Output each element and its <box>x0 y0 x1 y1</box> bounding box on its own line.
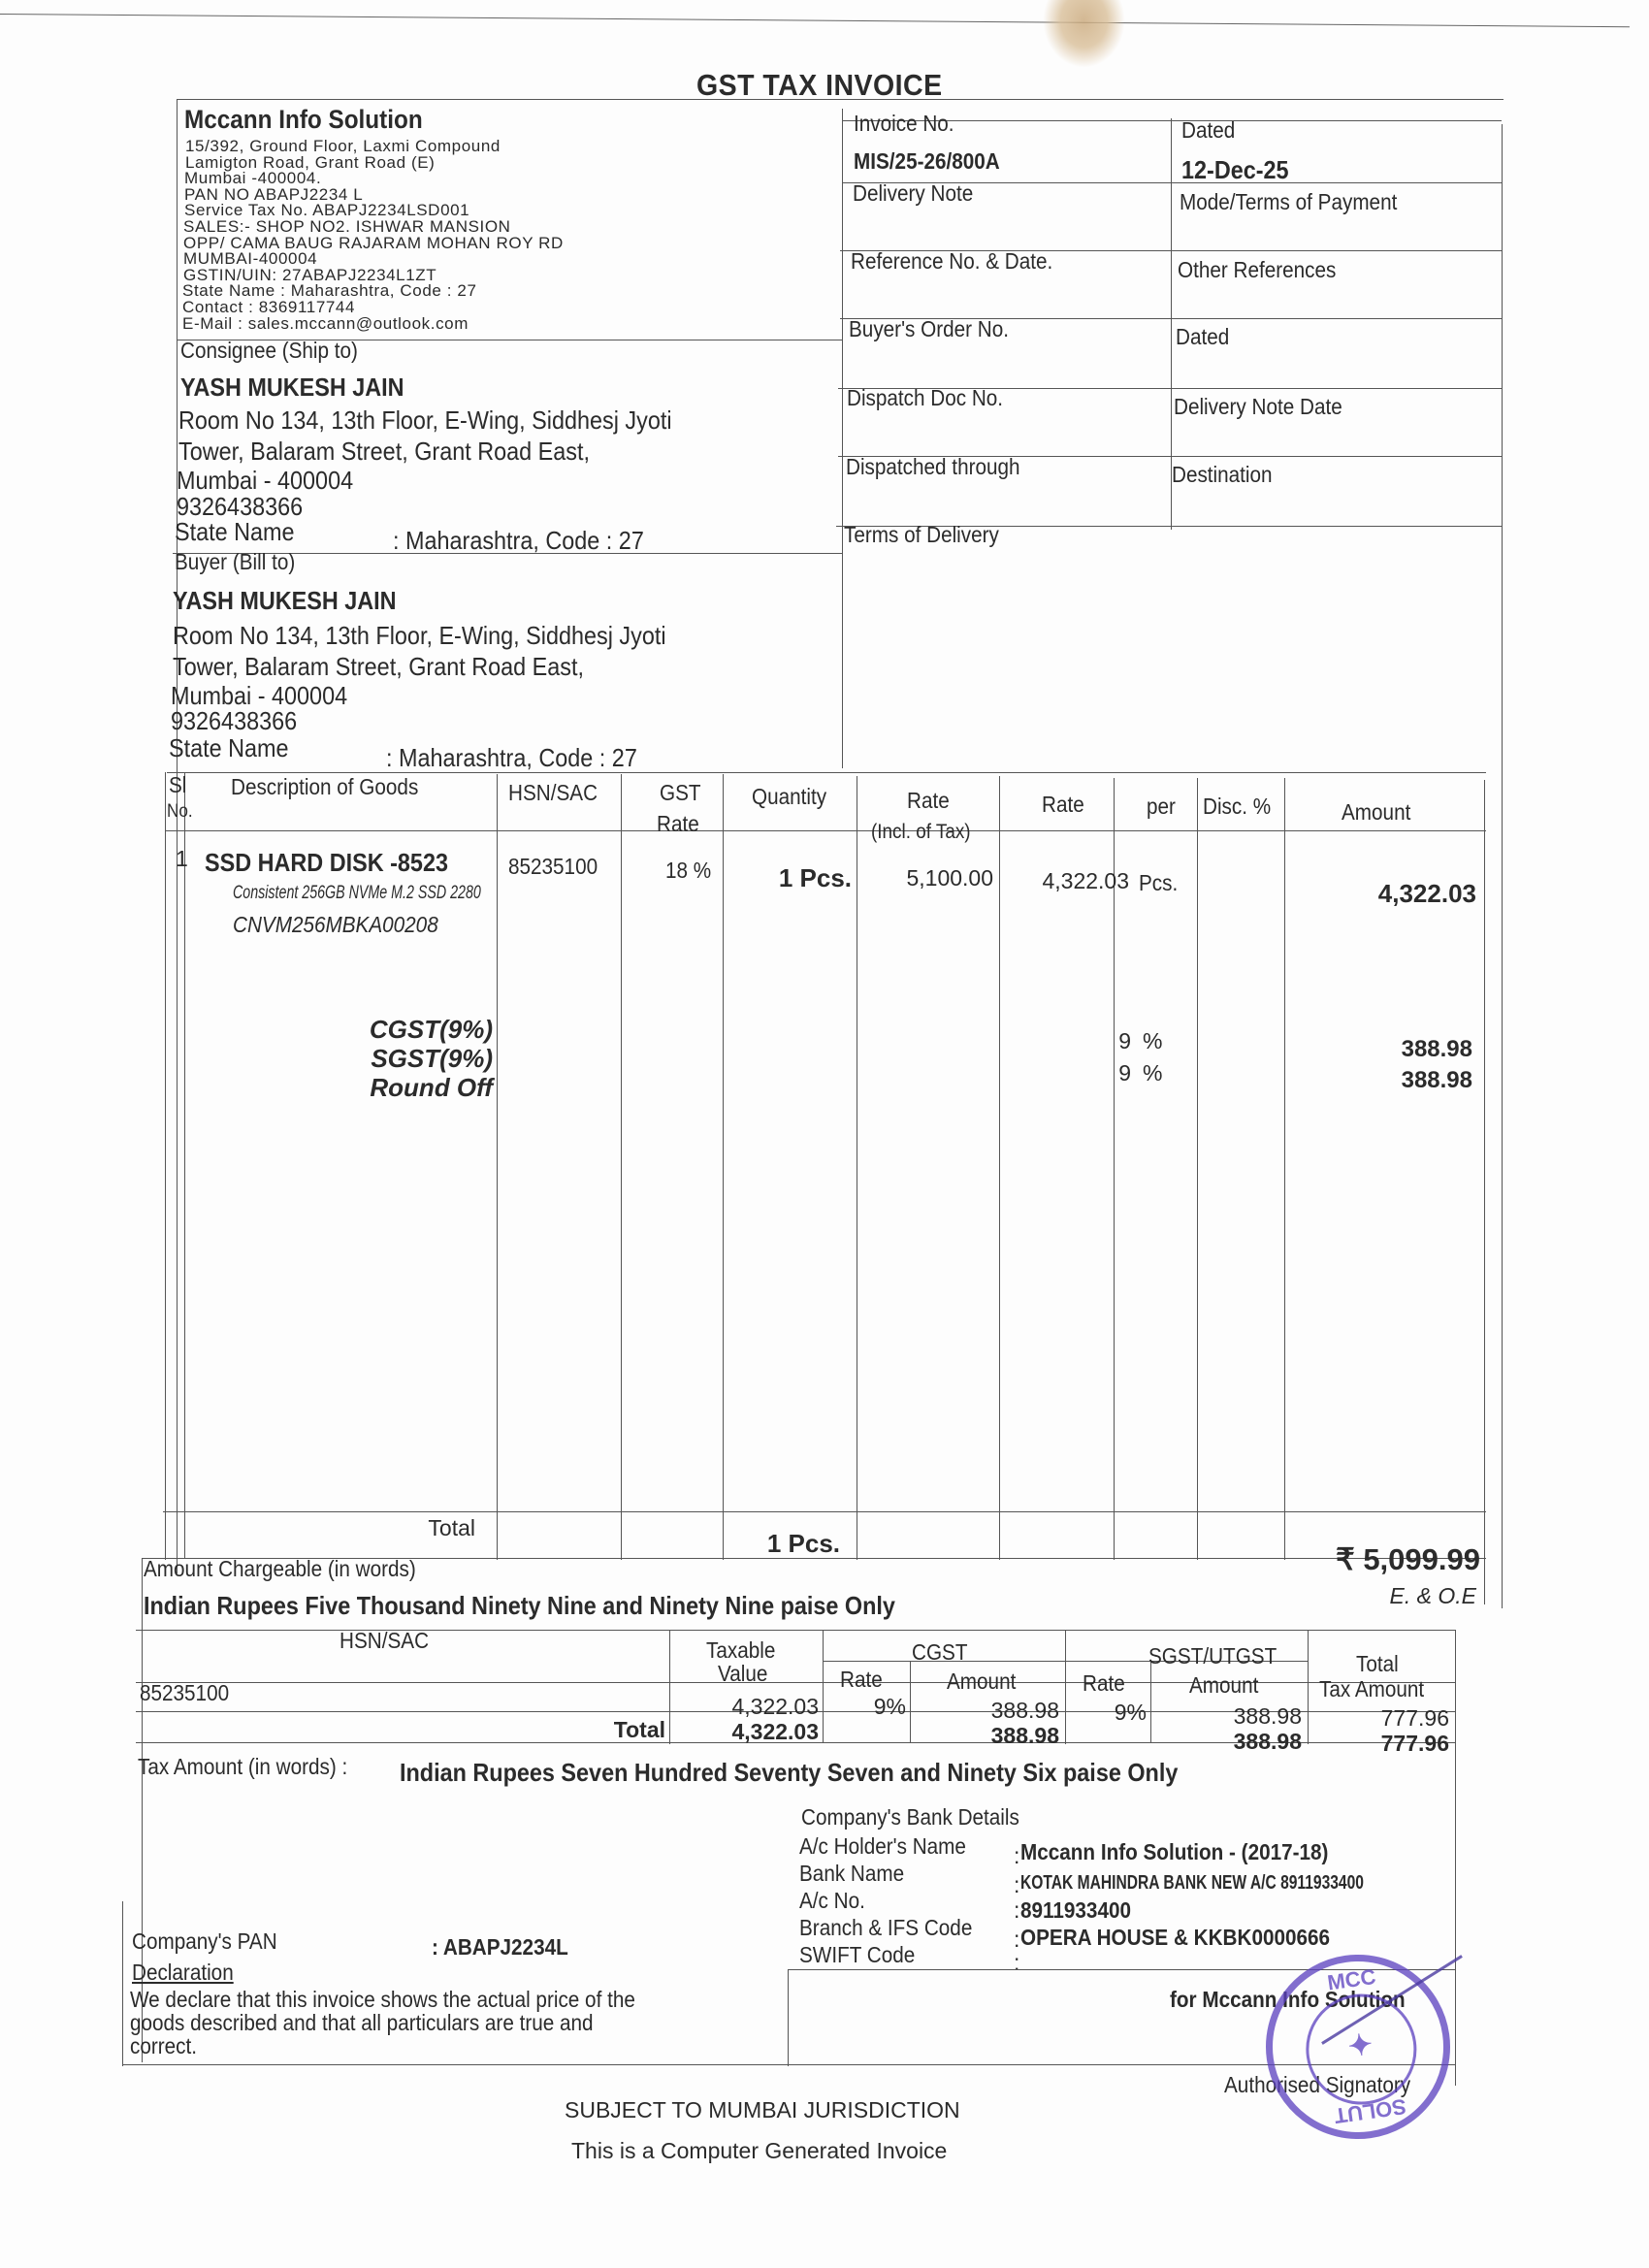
other-references-label: Other References <box>1178 257 1336 283</box>
tax-words-label: Tax Amount (in words) : <box>138 1754 347 1780</box>
tax-line-sgst-rate: 9 <box>1086 1060 1131 1086</box>
col-line <box>857 776 857 1560</box>
frame-left <box>177 99 178 1573</box>
seller-line: E-Mail : sales.mccann@outlook.com <box>182 316 469 333</box>
col-line <box>1284 778 1285 1560</box>
hsn-col <box>910 1661 911 1742</box>
item-quantity: 1 Pcs. <box>743 863 852 893</box>
tax-line-sgst-per: % <box>1143 1060 1162 1086</box>
stamp-star-icon: ✦ <box>1346 2027 1375 2064</box>
seller-name: Mccann Info Solution <box>184 105 423 135</box>
col-line <box>1484 780 1485 1604</box>
scan-edge-line <box>0 14 1630 27</box>
items-total-label: Total <box>291 1515 475 1541</box>
frame-left-bottom <box>122 1901 123 2066</box>
hsn-col-sgst-rate: Rate <box>1083 1670 1125 1697</box>
frame-bottom <box>122 2064 1455 2065</box>
hsn-col <box>669 1630 670 1744</box>
destination-label: Destination <box>1172 462 1273 488</box>
hsn-col <box>1308 1630 1309 1744</box>
frame-mid <box>842 109 843 768</box>
colon: : <box>1014 1927 1019 1953</box>
hsn-col-total-tax-2: Tax Amount <box>1319 1676 1424 1702</box>
amount-words: Indian Rupees Five Thousand Ninety Nine … <box>144 1591 895 1621</box>
hsn-total-sgst: 388.98 <box>1152 1729 1302 1755</box>
col-line <box>1197 778 1198 1560</box>
items-body-bottom <box>163 1511 1486 1512</box>
stamp-text: MCC <box>1326 1964 1377 1996</box>
frame-top <box>177 99 1503 100</box>
hsn-col <box>1150 1661 1151 1742</box>
hsn-col-sgst-amount: Amount <box>1189 1672 1258 1699</box>
bank-value-name: KOTAK MAHINDRA BANK NEW A/C 8911933400 <box>1020 1872 1364 1895</box>
bank-value-holder: Mccann Info Solution - (2017-18) <box>1020 1839 1328 1865</box>
hsn-col-cgst: CGST <box>912 1639 968 1666</box>
col-line <box>184 772 185 1558</box>
hsn-row-sgst-amount: 388.98 <box>1152 1703 1302 1730</box>
col-rate-incl: Rate <box>907 788 950 814</box>
col-hsn: HSN/SAC <box>508 780 598 806</box>
buyer-name: YASH MUKESH JAIN <box>173 586 397 616</box>
col-line <box>621 774 622 1560</box>
item-rate-incl: 5,100.00 <box>859 865 993 891</box>
hsn-col <box>823 1630 824 1742</box>
paper-stain <box>1043 0 1125 68</box>
col-line <box>1114 778 1115 1560</box>
col-line <box>497 774 498 1560</box>
item-amount: 4,322.03 <box>1290 879 1476 909</box>
tax-line-sgst-amount: 388.98 <box>1290 1067 1472 1094</box>
tax-words: Indian Rupees Seven Hundred Seventy Seve… <box>400 1758 1178 1788</box>
hsn-total-taxable: 4,322.03 <box>675 1719 819 1745</box>
tax-line-cgst-per: % <box>1143 1028 1162 1054</box>
col-line <box>723 774 724 1560</box>
tax-line-cgst-amount: 388.98 <box>1290 1036 1472 1063</box>
hsn-table-top <box>136 1630 1455 1631</box>
col-per: per <box>1147 794 1176 820</box>
tax-line-cgst-label: CGST(9%) <box>291 1015 493 1045</box>
col-gst: GST <box>660 780 701 806</box>
bank-value-account: 8911933400 <box>1020 1897 1131 1924</box>
hsn-row-cgst-amount: 388.98 <box>912 1698 1059 1724</box>
amount-words-label: Amount Chargeable (in words) <box>144 1556 416 1582</box>
declaration-line-3: correct. <box>130 2033 197 2059</box>
bank-label-name: Bank Name <box>799 1861 904 1887</box>
pan-value: : ABAPJ2234L <box>432 1934 568 1960</box>
item-hsn: 85235100 <box>508 854 598 880</box>
delivery-note-date-label: Delivery Note Date <box>1174 394 1342 420</box>
declaration-heading: Declaration <box>132 1960 234 1986</box>
pan-label: Company's PAN <box>132 1928 277 1955</box>
dispatch-doc-label: Dispatch Doc No. <box>847 385 1003 411</box>
delivery-note-label: Delivery Note <box>853 180 973 207</box>
consignee-state-label: State Name <box>175 517 295 547</box>
hsn-col-taxable: Taxable <box>706 1637 775 1664</box>
bank-label-branch: Branch & IFS Code <box>799 1915 972 1941</box>
col-rate-incl-2: (Incl. of Tax) <box>871 821 971 844</box>
colon: : <box>1014 1897 1019 1924</box>
item-rate: 4,322.03 <box>1001 868 1129 894</box>
reference-label: Reference No. & Date. <box>851 248 1052 275</box>
buyer-address-2: Tower, Balaram Street, Grant Road East, <box>173 652 584 682</box>
col-amount: Amount <box>1342 799 1410 826</box>
col-rate: Rate <box>1042 792 1084 818</box>
colon: : <box>1014 1872 1019 1898</box>
col-quantity: Quantity <box>752 784 826 810</box>
consignee-address-2: Tower, Balaram Street, Grant Road East, <box>178 437 590 467</box>
terms-of-delivery-label: Terms of Delivery <box>844 522 999 548</box>
consignee-state-value: : Maharashtra, Code : 27 <box>393 526 644 556</box>
buyer-order-dated-label: Dated <box>1176 324 1229 350</box>
hsn-total-label: Total <box>543 1717 665 1743</box>
computer-generated-note: This is a Computer Generated Invoice <box>571 2138 947 2164</box>
items-table-top <box>167 772 1486 773</box>
hsn-total-tax: 777.96 <box>1309 1731 1449 1757</box>
col-sl-2: No. <box>167 801 193 823</box>
hsn-col-cgst-amount: Amount <box>947 1669 1016 1695</box>
hsn-row-taxable: 4,322.03 <box>675 1694 819 1720</box>
consignee-name: YASH MUKESH JAIN <box>180 373 404 403</box>
col-line <box>999 776 1000 1560</box>
declaration-line-2: goods described and that all particulars… <box>130 2010 594 2036</box>
col-description: Description of Goods <box>231 774 418 800</box>
tax-line-roundoff-label: Round Off <box>291 1073 493 1103</box>
payment-terms-label: Mode/Terms of Payment <box>1180 189 1397 215</box>
signature-box-left <box>788 1969 789 2066</box>
col-line <box>165 772 166 1560</box>
eoe-label: E. & O.E <box>1358 1583 1476 1609</box>
bank-label-swift: SWIFT Code <box>799 1942 915 1968</box>
bank-label-account: A/c No. <box>799 1888 865 1914</box>
hsn-row-code: 85235100 <box>140 1680 229 1706</box>
hsn-col-total-tax: Total <box>1356 1651 1399 1677</box>
buyer-phone: 9326438366 <box>171 706 297 736</box>
item-per: Pcs. <box>1139 870 1178 896</box>
hsn-row-total-tax: 777.96 <box>1309 1705 1449 1732</box>
dated-label: Dated <box>1181 117 1235 144</box>
invoice-no-label: Invoice No. <box>854 111 954 137</box>
frame-right <box>1502 124 1503 1608</box>
bank-label-holder: A/c Holder's Name <box>799 1833 966 1860</box>
invoice-no: MIS/25-26/800A <box>854 148 1000 175</box>
items-total-quantity: 1 Pcs. <box>726 1529 840 1559</box>
hsn-total-cgst: 388.98 <box>912 1723 1059 1749</box>
item-serial: CNVM256MBKA00208 <box>233 912 438 938</box>
item-sl: 1 <box>176 846 188 872</box>
item-gst-rate: 18 % <box>665 858 711 884</box>
declaration-line-1: We declare that this invoice shows the a… <box>130 1987 635 2013</box>
frame-right-lower <box>1455 1630 1456 2086</box>
bank-heading: Company's Bank Details <box>801 1804 1019 1831</box>
tax-line-cgst-rate: 9 <box>1086 1028 1131 1054</box>
item-name: SSD HARD DISK -8523 <box>205 848 448 878</box>
colon: : <box>1014 1843 1019 1869</box>
jurisdiction-note: SUBJECT TO MUMBAI JURISDICTION <box>565 2097 960 2123</box>
hsn-col <box>1065 1630 1066 1744</box>
buyer-order-label: Buyer's Order No. <box>849 316 1009 342</box>
buyer-address-1: Room No 134, 13th Floor, E-Wing, Siddhes… <box>173 621 666 651</box>
consignee-address-1: Room No 134, 13th Floor, E-Wing, Siddhes… <box>178 405 672 436</box>
hsn-col-sgst: SGST/UTGST <box>1148 1643 1277 1669</box>
invoice-date: 12-Dec-25 <box>1181 155 1289 185</box>
grand-total: ₹ 5,099.99 <box>1286 1542 1480 1577</box>
hsn-col-taxable-2: Value <box>718 1661 767 1687</box>
hsn-row-cgst-rate: 9% <box>824 1694 906 1720</box>
buyer-state-label: State Name <box>169 733 289 763</box>
tax-line-sgst-label: SGST(9%) <box>291 1044 493 1074</box>
hsn-col-cgst-rate: Rate <box>840 1667 883 1693</box>
bank-value-branch: OPERA HOUSE & KKBK0000666 <box>1020 1925 1330 1951</box>
col-gst-2: Rate <box>657 811 699 837</box>
col-disc: Disc. % <box>1203 794 1271 820</box>
invoice-title: GST TAX INVOICE <box>696 68 943 103</box>
hsn-col-hsn: HSN/SAC <box>339 1628 429 1654</box>
colon: : <box>1014 1950 1019 1976</box>
dispatched-through-label: Dispatched through <box>846 454 1020 480</box>
item-description: Consistent 256GB NVMe M.2 SSD 2280 <box>233 883 481 904</box>
buyer-state-value: : Maharashtra, Code : 27 <box>386 743 637 773</box>
invoice-page: GST TAX INVOICE Mccann Info Solution 15/… <box>0 0 1649 2268</box>
buyer-heading: Buyer (Bill to) <box>175 549 295 575</box>
hsn-row-sgst-rate: 9% <box>1067 1700 1147 1726</box>
items-header-bottom <box>165 830 1486 831</box>
col-sl: Sl <box>169 772 186 798</box>
consignee-heading: Consignee (Ship to) <box>180 338 358 364</box>
